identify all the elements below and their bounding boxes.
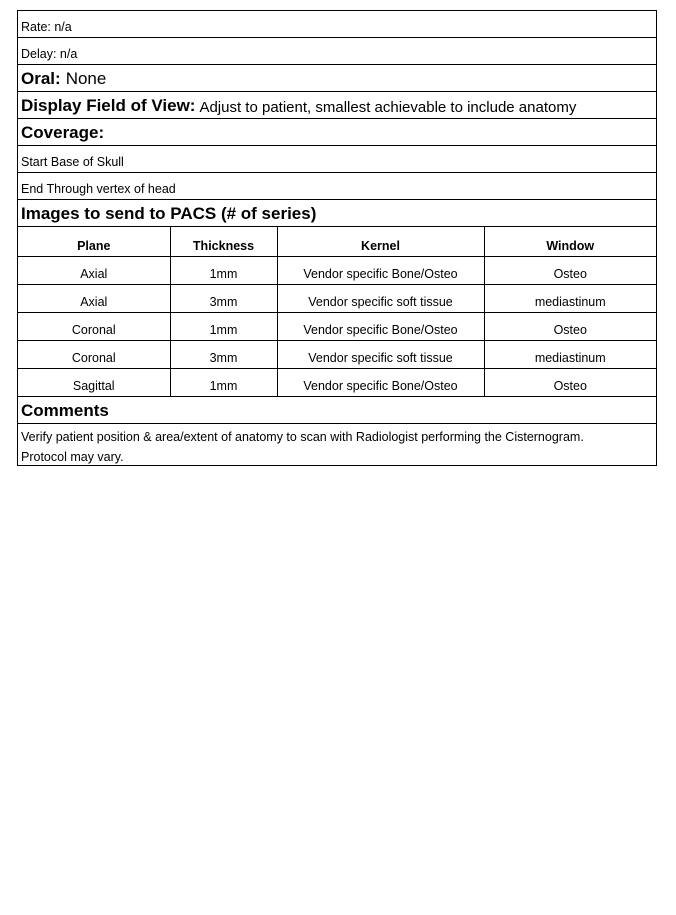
- cell-window: mediastinum: [484, 341, 656, 369]
- rate-row: Rate: n/a: [18, 11, 656, 38]
- coverage-start-row: Start Base of Skull: [18, 146, 656, 173]
- cell-kernel: Vendor specific Bone/Osteo: [277, 257, 484, 285]
- coverage-end-text: End Through vertex of head: [21, 182, 176, 196]
- dfov-value: Adjust to patient, smallest achievable t…: [199, 99, 576, 116]
- cell-thickness: 1mm: [170, 257, 277, 285]
- cell-kernel: Vendor specific Bone/Osteo: [277, 369, 484, 397]
- column-header-plane: Plane: [18, 227, 170, 257]
- cell-window: Osteo: [484, 313, 656, 341]
- table-row: Coronal 1mm Vendor specific Bone/Osteo O…: [18, 313, 656, 341]
- oral-label: Oral:: [21, 69, 61, 89]
- pacs-series-table: Plane Thickness Kernel Window Axial 1mm …: [18, 227, 656, 397]
- coverage-row: Coverage:: [18, 119, 656, 146]
- cell-kernel: Vendor specific soft tissue: [277, 341, 484, 369]
- comments-body: Verify patient position & area/extent of…: [18, 424, 656, 466]
- cell-plane: Sagittal: [18, 369, 170, 397]
- pacs-title-row: Images to send to PACS (# of series): [18, 200, 656, 227]
- table-row: Axial 3mm Vendor specific soft tissue me…: [18, 285, 656, 313]
- column-header-window: Window: [484, 227, 656, 257]
- coverage-end-row: End Through vertex of head: [18, 173, 656, 200]
- table-row: Axial 1mm Vendor specific Bone/Osteo Ost…: [18, 257, 656, 285]
- cell-kernel: Vendor specific soft tissue: [277, 285, 484, 313]
- delay-row: Delay: n/a: [18, 38, 656, 65]
- column-header-kernel: Kernel: [277, 227, 484, 257]
- table-row: Coronal 3mm Vendor specific soft tissue …: [18, 341, 656, 369]
- comments-title-row: Comments: [18, 397, 656, 424]
- oral-row: Oral: None: [18, 65, 656, 92]
- cell-thickness: 1mm: [170, 369, 277, 397]
- coverage-start-text: Start Base of Skull: [21, 155, 124, 169]
- cell-thickness: 1mm: [170, 313, 277, 341]
- cell-plane: Axial: [18, 257, 170, 285]
- dfov-label: Display Field of View:: [21, 96, 195, 116]
- comment-line: Verify patient position & area/extent of…: [21, 427, 653, 447]
- cell-window: Osteo: [484, 369, 656, 397]
- rate-text: Rate: n/a: [21, 20, 72, 34]
- protocol-sheet: Rate: n/a Delay: n/a Oral: None Display …: [17, 10, 657, 466]
- cell-window: Osteo: [484, 257, 656, 285]
- pacs-title: Images to send to PACS (# of series): [21, 204, 316, 224]
- cell-kernel: Vendor specific Bone/Osteo: [277, 313, 484, 341]
- table-header-row: Plane Thickness Kernel Window: [18, 227, 656, 257]
- delay-text: Delay: n/a: [21, 47, 77, 61]
- cell-window: mediastinum: [484, 285, 656, 313]
- coverage-label: Coverage:: [21, 123, 104, 143]
- cell-thickness: 3mm: [170, 285, 277, 313]
- cell-plane: Coronal: [18, 313, 170, 341]
- comment-line: Protocol may vary.: [21, 447, 653, 467]
- table-row: Sagittal 1mm Vendor specific Bone/Osteo …: [18, 369, 656, 397]
- cell-thickness: 3mm: [170, 341, 277, 369]
- comments-title: Comments: [21, 401, 109, 421]
- cell-plane: Coronal: [18, 341, 170, 369]
- column-header-thickness: Thickness: [170, 227, 277, 257]
- oral-value: None: [66, 69, 107, 89]
- dfov-row: Display Field of View: Adjust to patient…: [18, 92, 656, 119]
- cell-plane: Axial: [18, 285, 170, 313]
